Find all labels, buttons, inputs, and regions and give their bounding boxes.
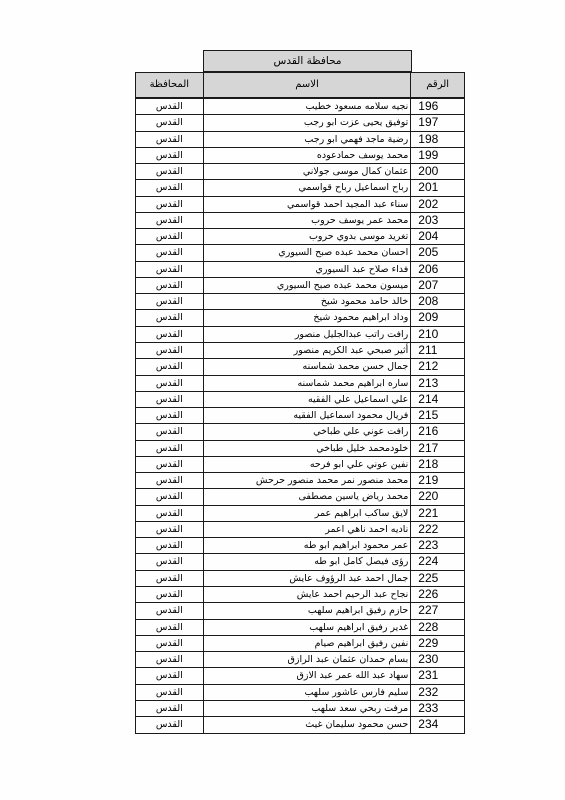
number-cell: 210 (411, 327, 464, 342)
table-row: القدس نفين عوني علي ابو فرحه 218 (136, 457, 464, 473)
table-row: القدس بسام حمدان عثمان عبد الرازق 230 (136, 652, 464, 668)
number-cell: 200 (411, 164, 464, 179)
table-row: القدس سليم فارس عاشور سلهب 232 (136, 685, 464, 701)
governorate-cell: القدس (136, 99, 204, 114)
name-cell: حسن محمود سليمان غيث (204, 717, 412, 733)
number-cell: 205 (411, 245, 464, 260)
table-grid: المحافظة الاسم الرقم القدس نجيه سلامه مس… (135, 72, 465, 734)
name-cell: رؤى فيصل كامل ابو طه (204, 554, 412, 569)
governorate-cell: القدس (136, 522, 204, 537)
name-cell: تغريد موسى بدوي حروب (204, 229, 412, 244)
governorate-cell: القدس (136, 376, 204, 391)
table-title-row: محافظة القدس (135, 50, 465, 72)
name-cell: سليم فارس عاشور سلهب (204, 685, 412, 700)
name-cell: توفيق يحيى عزت ابو رجب (204, 115, 412, 130)
name-cell: رافت راتب عبدالجليل منصور (204, 327, 412, 342)
governorate-cell: القدس (136, 408, 204, 423)
governorate-cell: القدس (136, 457, 204, 472)
table-header-row: المحافظة الاسم الرقم (136, 73, 464, 99)
number-cell: 219 (411, 473, 464, 488)
name-cell: خالد حامد محمود شيخ (204, 294, 412, 309)
name-cell: لايق ساكب ابراهيم عمر (204, 506, 412, 521)
table-row: القدس تغريد موسى بدوي حروب 204 (136, 229, 464, 245)
number-cell: 226 (411, 587, 464, 602)
name-cell: ميسون محمد عبده صبح السيوري (204, 278, 412, 293)
number-cell: 206 (411, 262, 464, 277)
number-cell: 222 (411, 522, 464, 537)
number-cell: 211 (411, 343, 464, 358)
governorate-cell: القدس (136, 668, 204, 683)
number-cell: 199 (411, 148, 464, 163)
name-cell: جمال احمد عبد الرؤوف عايش (204, 571, 412, 586)
governorate-cell: القدس (136, 489, 204, 504)
table-row: القدس خالد حامد محمود شيخ 208 (136, 294, 464, 310)
governorate-cell: القدس (136, 229, 204, 244)
number-cell: 218 (411, 457, 464, 472)
name-cell: عمر محمود ابراهيم ابو طه (204, 538, 412, 553)
governorate-cell: القدس (136, 115, 204, 130)
name-cell: علي اسماعيل علي الفقيه (204, 392, 412, 407)
name-cell: نجيه سلامه مسعود خطيب (204, 99, 412, 114)
column-header-governorate: المحافظة (136, 73, 204, 97)
number-cell: 208 (411, 294, 464, 309)
table-row: القدس ميسون محمد عبده صبح السيوري 207 (136, 278, 464, 294)
governorate-cell: القدس (136, 587, 204, 602)
name-cell: ناديه احمد ناهي اعمر (204, 522, 412, 537)
governorate-cell: القدس (136, 310, 204, 325)
name-cell: رافت عوني علي طباخي (204, 424, 412, 439)
name-cell: احسان محمد عبده صبح السيوري (204, 245, 412, 260)
table-row: القدس وداد ابراهيم محمود شيخ 209 (136, 310, 464, 326)
name-cell: محمد رياض ياسين مصطفى (204, 489, 412, 504)
table-row: القدس توفيق يحيى عزت ابو رجب 197 (136, 115, 464, 131)
table-row: القدس عثمان كمال موسى جولاني 200 (136, 164, 464, 180)
governorate-cell: القدس (136, 278, 204, 293)
governorate-cell: القدس (136, 164, 204, 179)
table-row: القدس محمد عمر يوسف حروب 203 (136, 213, 464, 229)
table-row: القدس رافت عوني علي طباخي 216 (136, 424, 464, 440)
governorate-cell: القدس (136, 180, 204, 195)
name-cell: وداد ابراهيم محمود شيخ (204, 310, 412, 325)
table-row: القدس فداء صلاح عبد السيوري 206 (136, 262, 464, 278)
table-row: القدس جمال حسن محمد شماسنه 212 (136, 359, 464, 375)
name-cell: محمد يوسف حمادعوده (204, 148, 412, 163)
table-row: القدس مرفت ربحي سعد سلهب 233 (136, 701, 464, 717)
table-row: القدس خلودمحمد خليل طباخي 217 (136, 441, 464, 457)
number-cell: 232 (411, 685, 464, 700)
name-cell: محمد منصور نمر محمد منصور حرحش (204, 473, 412, 488)
governorate-cell: القدس (136, 392, 204, 407)
table-row: القدس عمر محمود ابراهيم ابو طه 223 (136, 538, 464, 554)
table-row: القدس سهاد عبد الله عمر عبد الازق 231 (136, 668, 464, 684)
table-row: القدس ساره ابراهيم محمد شماسنه 213 (136, 376, 464, 392)
number-cell: 220 (411, 489, 464, 504)
table-row: القدس رافت راتب عبدالجليل منصور 210 (136, 327, 464, 343)
number-cell: 223 (411, 538, 464, 553)
document-page: محافظة القدس المحافظة الاسم الرقم القدس … (0, 0, 565, 800)
name-cell: خلودمحمد خليل طباخي (204, 441, 412, 456)
table-row: القدس نجاح عبد الرحيم احمد عايش 226 (136, 587, 464, 603)
governorate-cell: القدس (136, 327, 204, 342)
governorate-roster-table: محافظة القدس المحافظة الاسم الرقم القدس … (135, 50, 465, 734)
governorate-cell: القدس (136, 685, 204, 700)
governorate-cell: القدس (136, 262, 204, 277)
governorate-cell: القدس (136, 197, 204, 212)
name-cell: نجاح عبد الرحيم احمد عايش (204, 587, 412, 602)
table-title: محافظة القدس (203, 50, 412, 72)
name-cell: عثمان كمال موسى جولاني (204, 164, 412, 179)
name-cell: مرفت ربحي سعد سلهب (204, 701, 412, 716)
number-cell: 212 (411, 359, 464, 374)
number-cell: 234 (411, 717, 464, 733)
governorate-cell: القدس (136, 424, 204, 439)
number-cell: 196 (411, 99, 464, 114)
governorate-cell: القدس (136, 213, 204, 228)
number-cell: 203 (411, 213, 464, 228)
name-cell: أثير صبحي عبد الكريم منصور (204, 343, 412, 358)
table-row: القدس لايق ساكب ابراهيم عمر 221 (136, 506, 464, 522)
number-cell: 230 (411, 652, 464, 667)
name-cell: نفين رفيق ابراهيم صيام (204, 636, 412, 651)
number-cell: 209 (411, 310, 464, 325)
column-header-name: الاسم (204, 73, 412, 97)
number-cell: 224 (411, 554, 464, 569)
table-row: القدس نفين رفيق ابراهيم صيام 229 (136, 636, 464, 652)
name-cell: فريال محمود اسماعيل الفقيه (204, 408, 412, 423)
governorate-cell: القدس (136, 603, 204, 618)
number-cell: 217 (411, 441, 464, 456)
name-cell: محمد عمر يوسف حروب (204, 213, 412, 228)
column-header-number: الرقم (411, 73, 464, 97)
governorate-cell: القدس (136, 701, 204, 716)
number-cell: 201 (411, 180, 464, 195)
governorate-cell: القدس (136, 359, 204, 374)
number-cell: 215 (411, 408, 464, 423)
name-cell: بسام حمدان عثمان عبد الرازق (204, 652, 412, 667)
name-cell: جمال حسن محمد شماسنه (204, 359, 412, 374)
number-cell: 197 (411, 115, 464, 130)
governorate-cell: القدس (136, 652, 204, 667)
governorate-cell: القدس (136, 636, 204, 651)
table-body: القدس نجيه سلامه مسعود خطيب 196 القدس تو… (136, 99, 464, 733)
table-row: القدس رضية ماجد فهمي ابو رجب 198 (136, 132, 464, 148)
name-cell: فداء صلاح عبد السيوري (204, 262, 412, 277)
table-row: القدس رؤى فيصل كامل ابو طه 224 (136, 554, 464, 570)
number-cell: 202 (411, 197, 464, 212)
governorate-cell: القدس (136, 571, 204, 586)
table-row: القدس احسان محمد عبده صبح السيوري 205 (136, 245, 464, 261)
number-cell: 227 (411, 603, 464, 618)
governorate-cell: القدس (136, 473, 204, 488)
name-cell: سناء عبد المجيد احمد قواسمي (204, 197, 412, 212)
name-cell: رضية ماجد فهمي ابو رجب (204, 132, 412, 147)
number-cell: 231 (411, 668, 464, 683)
table-row: القدس رباح اسماعيل رباح قواسمي 201 (136, 180, 464, 196)
governorate-cell: القدس (136, 554, 204, 569)
table-row: القدس غدير رفيق ابراهيم سلهب 228 (136, 620, 464, 636)
table-row: القدس فريال محمود اسماعيل الفقيه 215 (136, 408, 464, 424)
table-row: القدس حسن محمود سليمان غيث 234 (136, 717, 464, 733)
table-row: القدس سناء عبد المجيد احمد قواسمي 202 (136, 197, 464, 213)
number-cell: 228 (411, 620, 464, 635)
governorate-cell: القدس (136, 441, 204, 456)
name-cell: ساره ابراهيم محمد شماسنه (204, 376, 412, 391)
number-cell: 213 (411, 376, 464, 391)
table-row: القدس أثير صبحي عبد الكريم منصور 211 (136, 343, 464, 359)
table-row: القدس محمد يوسف حمادعوده 199 (136, 148, 464, 164)
table-row: القدس ناديه احمد ناهي اعمر 222 (136, 522, 464, 538)
name-cell: حازم رفيق ابراهيم سلهب (204, 603, 412, 618)
governorate-cell: القدس (136, 148, 204, 163)
governorate-cell: القدس (136, 506, 204, 521)
governorate-cell: القدس (136, 620, 204, 635)
table-row: القدس علي اسماعيل علي الفقيه 214 (136, 392, 464, 408)
governorate-cell: القدس (136, 132, 204, 147)
governorate-cell: القدس (136, 294, 204, 309)
number-cell: 207 (411, 278, 464, 293)
name-cell: غدير رفيق ابراهيم سلهب (204, 620, 412, 635)
name-cell: سهاد عبد الله عمر عبد الازق (204, 668, 412, 683)
number-cell: 198 (411, 132, 464, 147)
number-cell: 214 (411, 392, 464, 407)
table-row: القدس محمد رياض ياسين مصطفى 220 (136, 489, 464, 505)
name-cell: نفين عوني علي ابو فرحه (204, 457, 412, 472)
governorate-cell: القدس (136, 343, 204, 358)
number-cell: 225 (411, 571, 464, 586)
number-cell: 221 (411, 506, 464, 521)
governorate-cell: القدس (136, 538, 204, 553)
table-row: القدس جمال احمد عبد الرؤوف عايش 225 (136, 571, 464, 587)
governorate-cell: القدس (136, 717, 204, 733)
number-cell: 204 (411, 229, 464, 244)
governorate-cell: القدس (136, 245, 204, 260)
table-row: القدس نجيه سلامه مسعود خطيب 196 (136, 99, 464, 115)
table-row: القدس محمد منصور نمر محمد منصور حرحش 219 (136, 473, 464, 489)
number-cell: 229 (411, 636, 464, 651)
name-cell: رباح اسماعيل رباح قواسمي (204, 180, 412, 195)
table-row: القدس حازم رفيق ابراهيم سلهب 227 (136, 603, 464, 619)
number-cell: 216 (411, 424, 464, 439)
number-cell: 233 (411, 701, 464, 716)
